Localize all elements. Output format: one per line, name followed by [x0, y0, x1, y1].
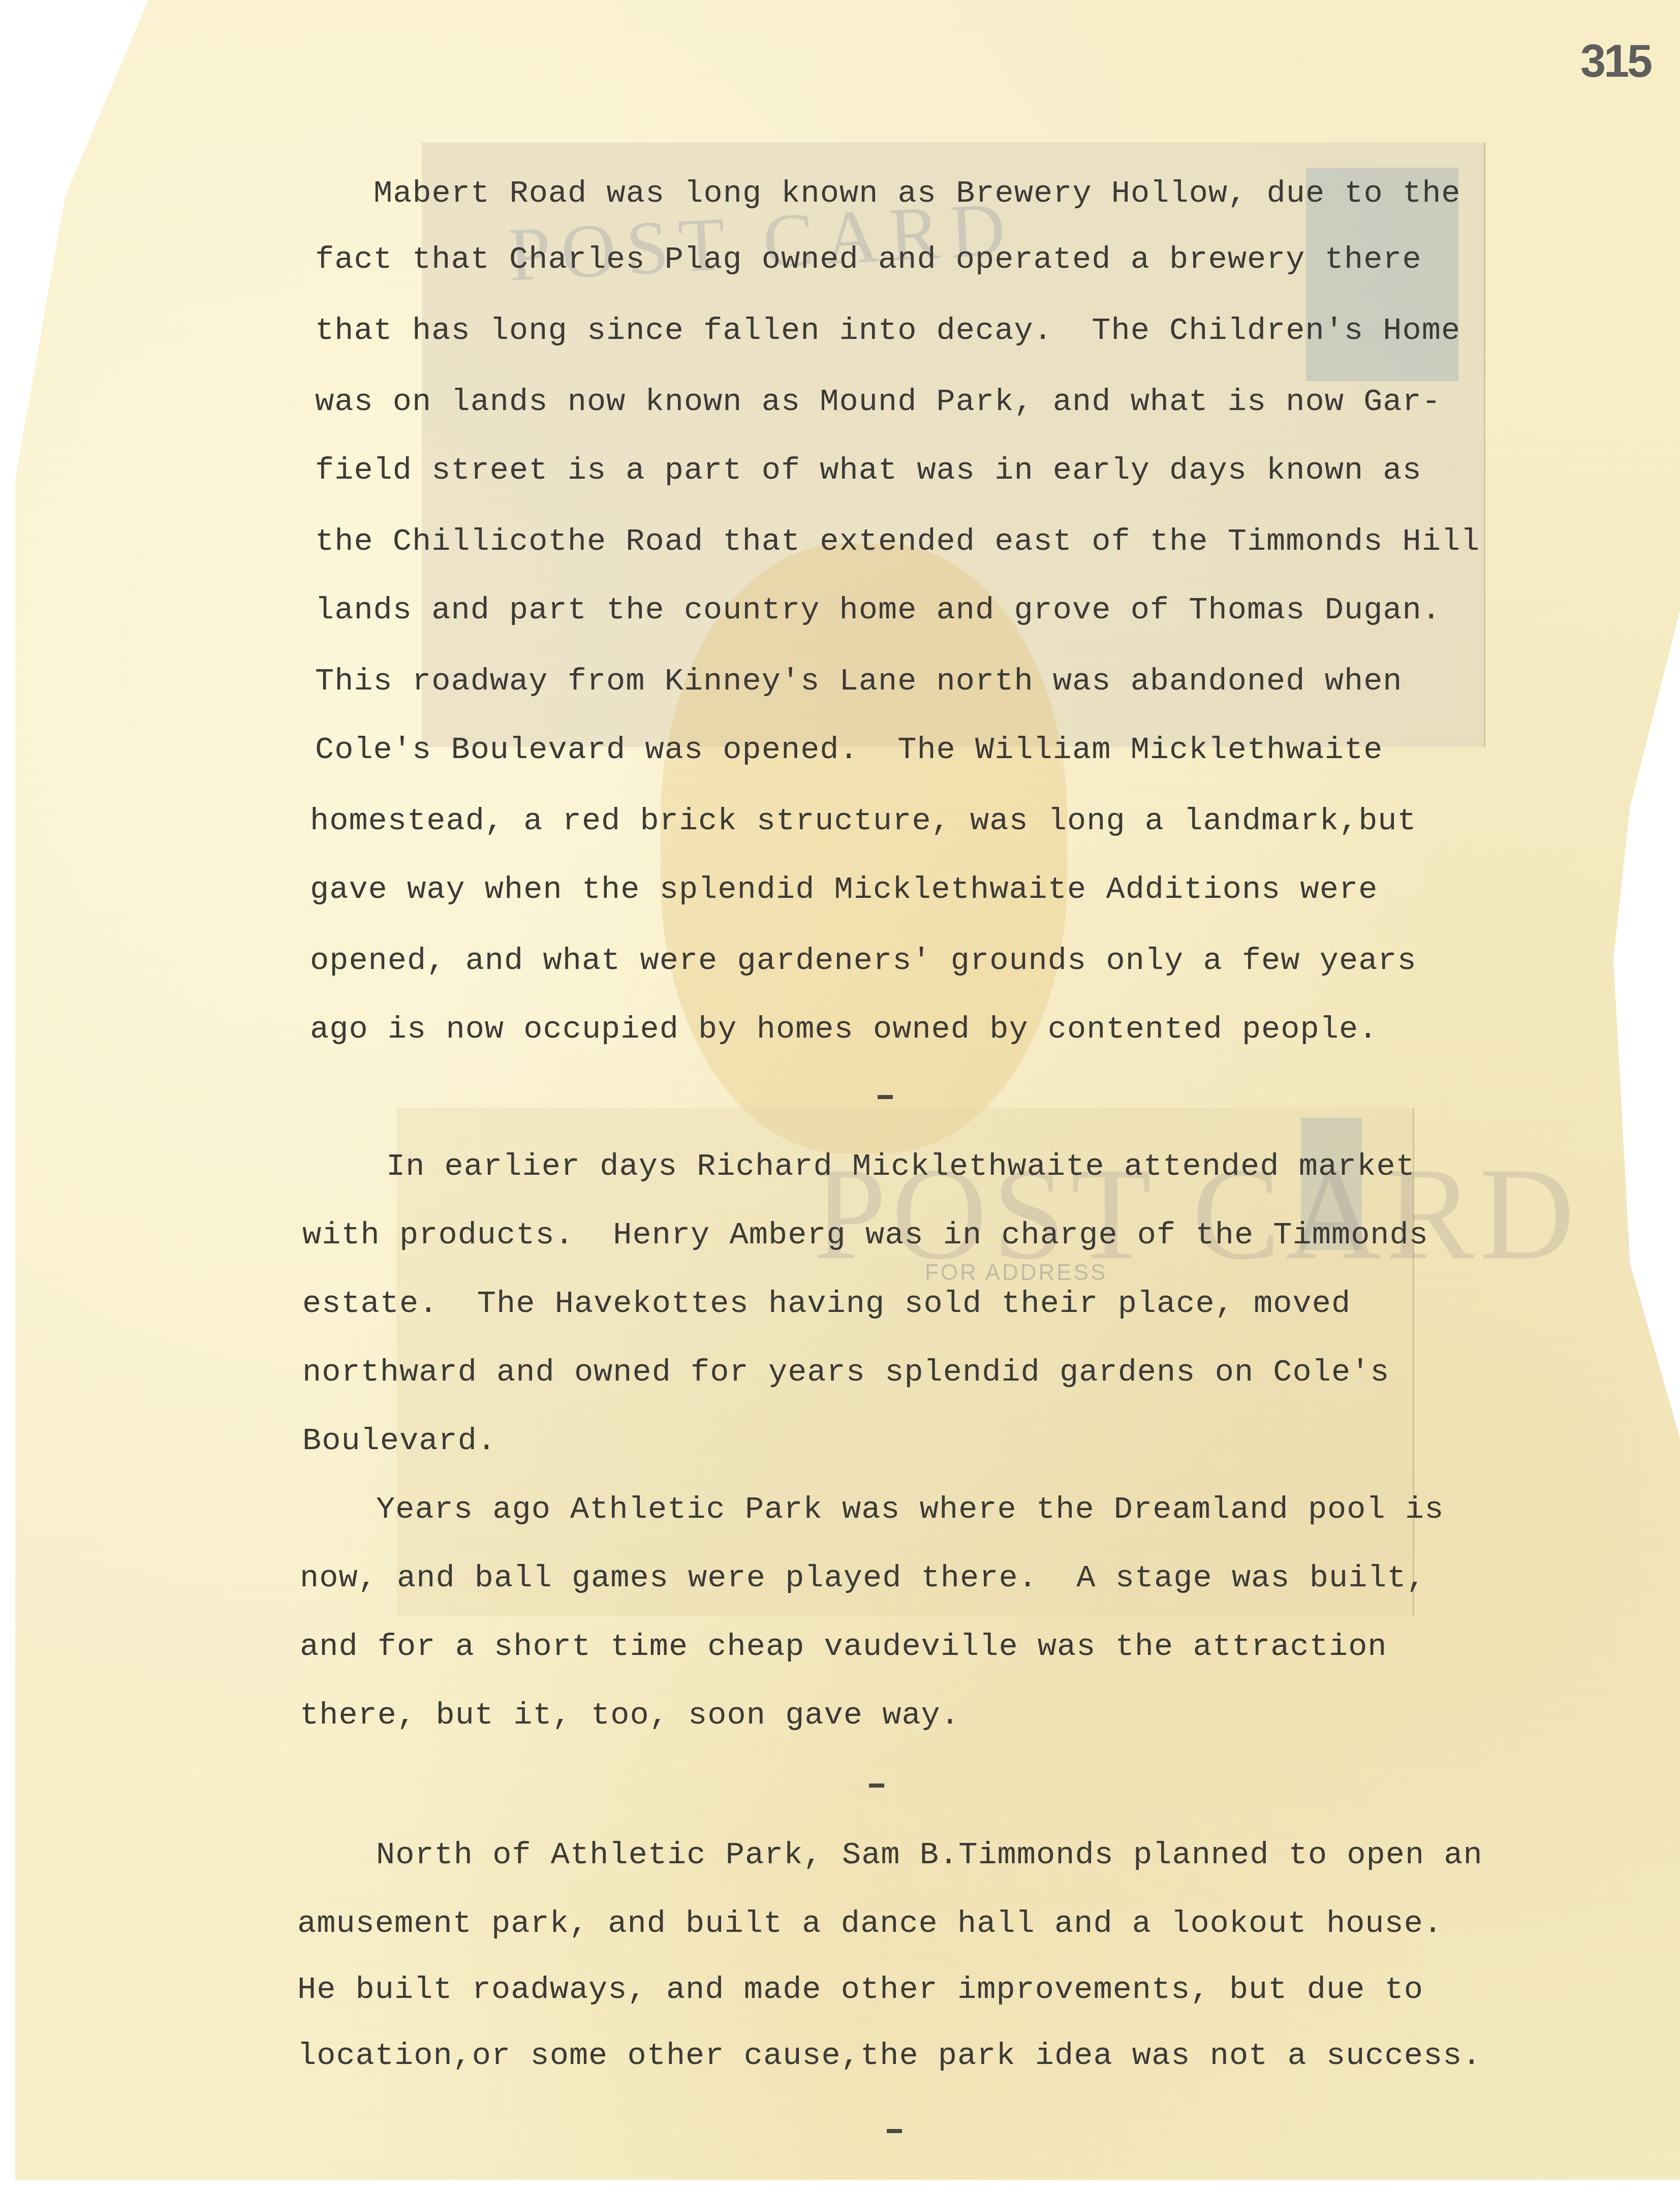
text-line: In earlier days Richard Micklethwaite at… [386, 1148, 1415, 1184]
section-separator [869, 1783, 884, 1788]
text-line: location,or some other cause,the park id… [297, 2038, 1482, 2074]
text-line: lands and part the country home and grov… [315, 592, 1441, 628]
text-line: and for a short time cheap vaudeville wa… [300, 1629, 1387, 1665]
text-line: was on lands now known as Mound Park, an… [315, 384, 1441, 420]
text-line: amusement park, and built a dance hall a… [297, 1905, 1443, 1942]
text-line: there, but it, too, soon gave way. [300, 1697, 960, 1733]
text-line: now, and ball games were played there. A… [300, 1560, 1426, 1596]
text-line: with products. Henry Amberg was in charg… [302, 1217, 1428, 1253]
text-line: ago is now occupied by homes owned by co… [310, 1011, 1378, 1047]
text-line: opened, and what were gardeners' grounds… [310, 943, 1417, 979]
text-line: northward and owned for years splendid g… [302, 1354, 1390, 1390]
text-line: North of Athletic Park, Sam B.Timmonds p… [376, 1837, 1483, 1873]
text-line: gave way when the splendid Micklethwaite… [310, 871, 1378, 907]
text-line: He built roadways, and made other improv… [297, 1971, 1423, 2008]
text-line: Boulevard. [302, 1423, 496, 1459]
text-line: that has long since fallen into decay. T… [315, 312, 1460, 349]
text-line: estate. The Havekottes having sold their… [302, 1286, 1351, 1322]
address-label: FOR ADDRESS [925, 1260, 1107, 1286]
text-line: This roadway from Kinney's Lane north wa… [315, 663, 1403, 699]
text-line: fact that Charles Plag owned and operate… [315, 241, 1422, 277]
text-line: Years ago Athletic Park was where the Dr… [376, 1491, 1444, 1527]
text-line: homestead, a red brick structure, was lo… [310, 803, 1417, 839]
section-separator [878, 1095, 893, 1099]
section-separator [887, 2129, 902, 2133]
text-line: field street is a part of what was in ea… [315, 452, 1422, 488]
page-number: 315 [1580, 36, 1651, 88]
text-line: the Chillicothe Road that extended east … [315, 523, 1480, 559]
text-line: Mabert Road was long known as Brewery Ho… [374, 175, 1461, 211]
water-stain [661, 544, 1067, 1153]
text-line: Cole's Boulevard was opened. The William… [315, 732, 1383, 768]
